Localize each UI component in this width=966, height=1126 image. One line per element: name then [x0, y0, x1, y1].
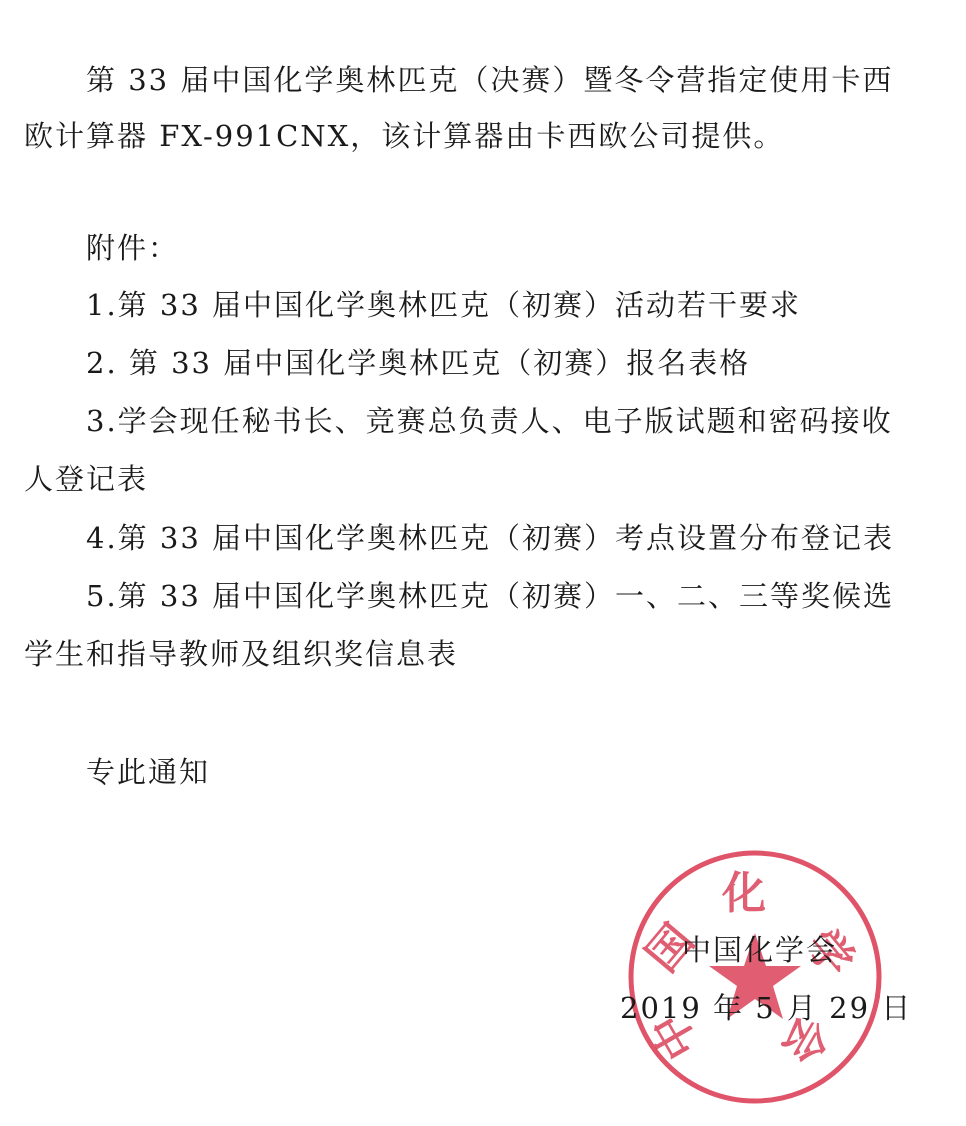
attachment-item-1: 1.第 33 届中国化学奥林匹克（初赛）活动若干要求: [86, 285, 801, 325]
stamp-char-hua: 化: [721, 868, 766, 919]
attachment-item-3-cont: 人登记表: [24, 459, 148, 499]
attachment-item-5-cont: 学生和指导教师及组织奖信息表: [24, 634, 458, 674]
attachments-heading: 附件：: [86, 228, 179, 268]
closing-text: 专此通知: [86, 752, 210, 792]
signature-organization: 中国化学会: [682, 930, 837, 970]
attachment-item-2: 2. 第 33 届中国化学奥林匹克（初赛）报名表格: [86, 343, 750, 383]
intro-line-1: 第 33 届中国化学奥林匹克（决赛）暨冬令营指定使用卡西: [86, 60, 893, 100]
signature-date: 2019 年 5 月 29 日: [620, 988, 912, 1028]
intro-line-2: 欧计算器 FX-991CNX，该计算器由卡西欧公司提供。: [24, 116, 784, 156]
attachment-item-4: 4.第 33 届中国化学奥林匹克（初赛）考点设置分布登记表: [86, 518, 894, 558]
attachment-item-5: 5.第 33 届中国化学奥林匹克（初赛）一、二、三等奖候选: [86, 576, 894, 616]
official-seal-stamp: 化 国 学 中 会: [626, 848, 884, 1106]
attachment-item-3: 3.学会现任秘书长、竞赛总负责人、电子版试题和密码接收: [86, 401, 893, 441]
